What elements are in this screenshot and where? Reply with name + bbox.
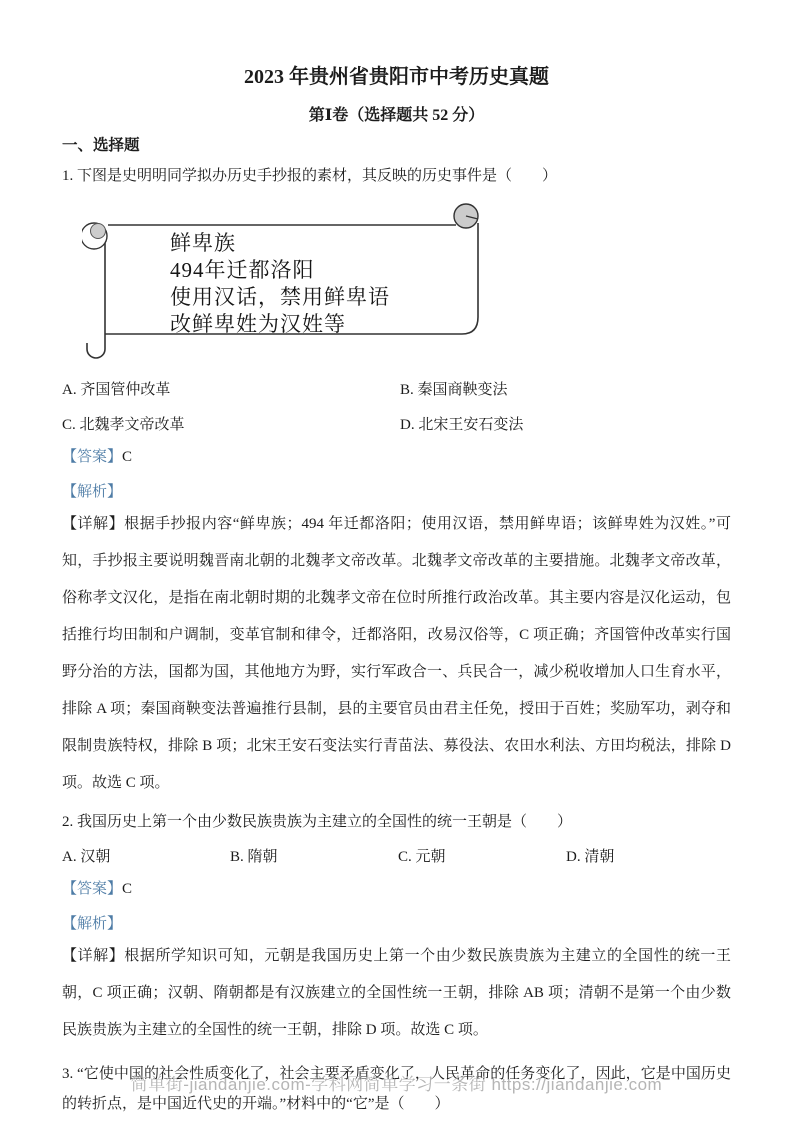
exam-document-page: 2023 年贵州省贵阳市中考历史真题 第Ⅰ卷（选择题共 52 分） 一、选择题 …	[0, 0, 793, 1122]
page-title: 2023 年贵州省贵阳市中考历史真题	[62, 62, 731, 92]
scroll-text-line: 改鲜卑姓为汉姓等	[170, 311, 390, 338]
question-2-option-b: B. 隋朝	[230, 847, 398, 867]
question-2-answer-line: 【答案】C	[62, 879, 731, 900]
scroll-text-line: 使用汉话，禁用鲜卑语	[170, 284, 390, 311]
document-content: 2023 年贵州省贵阳市中考历史真题 第Ⅰ卷（选择题共 52 分） 一、选择题 …	[0, 0, 793, 1119]
scroll-text-line: 鲜卑族	[170, 230, 390, 257]
question-1-analysis-line: 【解析】	[62, 482, 731, 503]
analysis-label: 【解析】	[62, 916, 122, 932]
question-1-option-c: C. 北魏孝文帝改革	[62, 415, 400, 435]
question-2-detail-text: 根据所学知识可知，元朝是我国历史上第一个由少数民族贵族为主建立的全国性的统一王朝…	[62, 948, 731, 1038]
scroll-banner-figure: 鲜卑族 494年迁都洛阳 使用汉话，禁用鲜卑语 改鲜卑姓为汉姓等	[82, 203, 484, 365]
page-subtitle: 第Ⅰ卷（选择题共 52 分）	[62, 105, 731, 127]
detail-label: 【详解】	[62, 516, 124, 532]
question-2-analysis-line: 【解析】	[62, 914, 731, 935]
question-1-option-a: A. 齐国管仲改革	[62, 380, 400, 400]
answer-label: 【答案】	[62, 449, 122, 465]
section-heading: 一、选择题	[62, 136, 731, 156]
question-2-detail: 【详解】根据所学知识可知，元朝是我国历史上第一个由少数民族贵族为主建立的全国性的…	[62, 938, 731, 1049]
question-1-option-d: D. 北宋王安石变法	[400, 415, 523, 435]
scroll-text-block: 鲜卑族 494年迁都洛阳 使用汉话，禁用鲜卑语 改鲜卑姓为汉姓等	[170, 230, 390, 338]
question-1: 1. 下图是史明明同学拟办历史手抄报的素材，其反映的历史事件是（ ）	[62, 166, 731, 802]
detail-label: 【详解】	[62, 948, 124, 964]
question-1-options-row-2: C. 北魏孝文帝改革 D. 北宋王安石变法	[62, 415, 731, 435]
scroll-text-line: 494年迁都洛阳	[170, 257, 390, 284]
question-1-answer-line: 【答案】C	[62, 447, 731, 468]
footer-watermark: 简单街-jiandanjie.com-学科网简单学习一条街 https://ji…	[0, 1070, 793, 1095]
analysis-label: 【解析】	[62, 484, 122, 500]
question-2-option-d: D. 清朝	[566, 847, 614, 867]
question-1-options-row-1: A. 齐国管仲改革 B. 秦国商鞅变法	[62, 380, 731, 400]
question-2: 2. 我国历史上第一个由少数民族贵族为主建立的全国性的统一王朝是（ ） A. 汉…	[62, 812, 731, 1049]
question-2-option-a: A. 汉朝	[62, 847, 230, 867]
question-1-answer-value: C	[122, 449, 132, 465]
question-1-stem: 1. 下图是史明明同学拟办历史手抄报的素材，其反映的历史事件是（ ）	[62, 166, 731, 186]
question-2-stem: 2. 我国历史上第一个由少数民族贵族为主建立的全国性的统一王朝是（ ）	[62, 812, 731, 832]
question-2-answer-value: C	[122, 881, 132, 897]
question-2-options-row: A. 汉朝 B. 隋朝 C. 元朝 D. 清朝	[62, 847, 731, 867]
answer-label: 【答案】	[62, 881, 122, 897]
question-2-option-c: C. 元朝	[398, 847, 566, 867]
question-1-detail: 【详解】根据手抄报内容“鲜卑族；494 年迁都洛阳；使用汉语，禁用鲜卑语；该鲜卑…	[62, 506, 731, 802]
question-1-detail-text: 根据手抄报内容“鲜卑族；494 年迁都洛阳；使用汉语，禁用鲜卑语；该鲜卑姓为汉姓…	[62, 516, 731, 791]
question-1-option-b: B. 秦国商鞅变法	[400, 380, 508, 400]
